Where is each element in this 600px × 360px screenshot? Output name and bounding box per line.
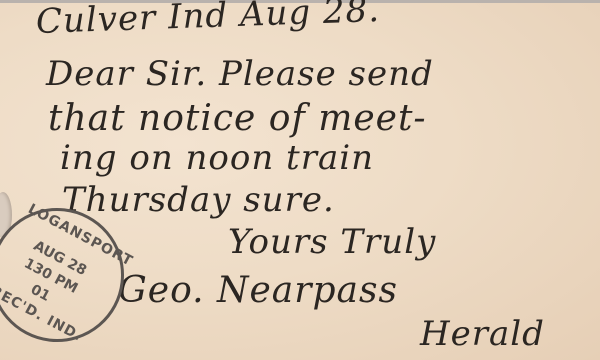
signature: Geo. Nearpass <box>118 270 398 311</box>
salutation-line: Dear Sir. Please send <box>46 54 434 94</box>
body-line-2: ing on noon train <box>60 138 374 178</box>
postcard: Culver Ind Aug 28. Dear Sir. Please send… <box>0 0 600 360</box>
dateline: Culver Ind Aug 28. <box>35 0 380 42</box>
body-line-1: that notice of meet- <box>48 98 427 139</box>
closing: Yours Truly <box>228 222 436 262</box>
body-line-3: Thursday sure. <box>62 180 335 220</box>
affiliation: Herald <box>420 314 545 354</box>
